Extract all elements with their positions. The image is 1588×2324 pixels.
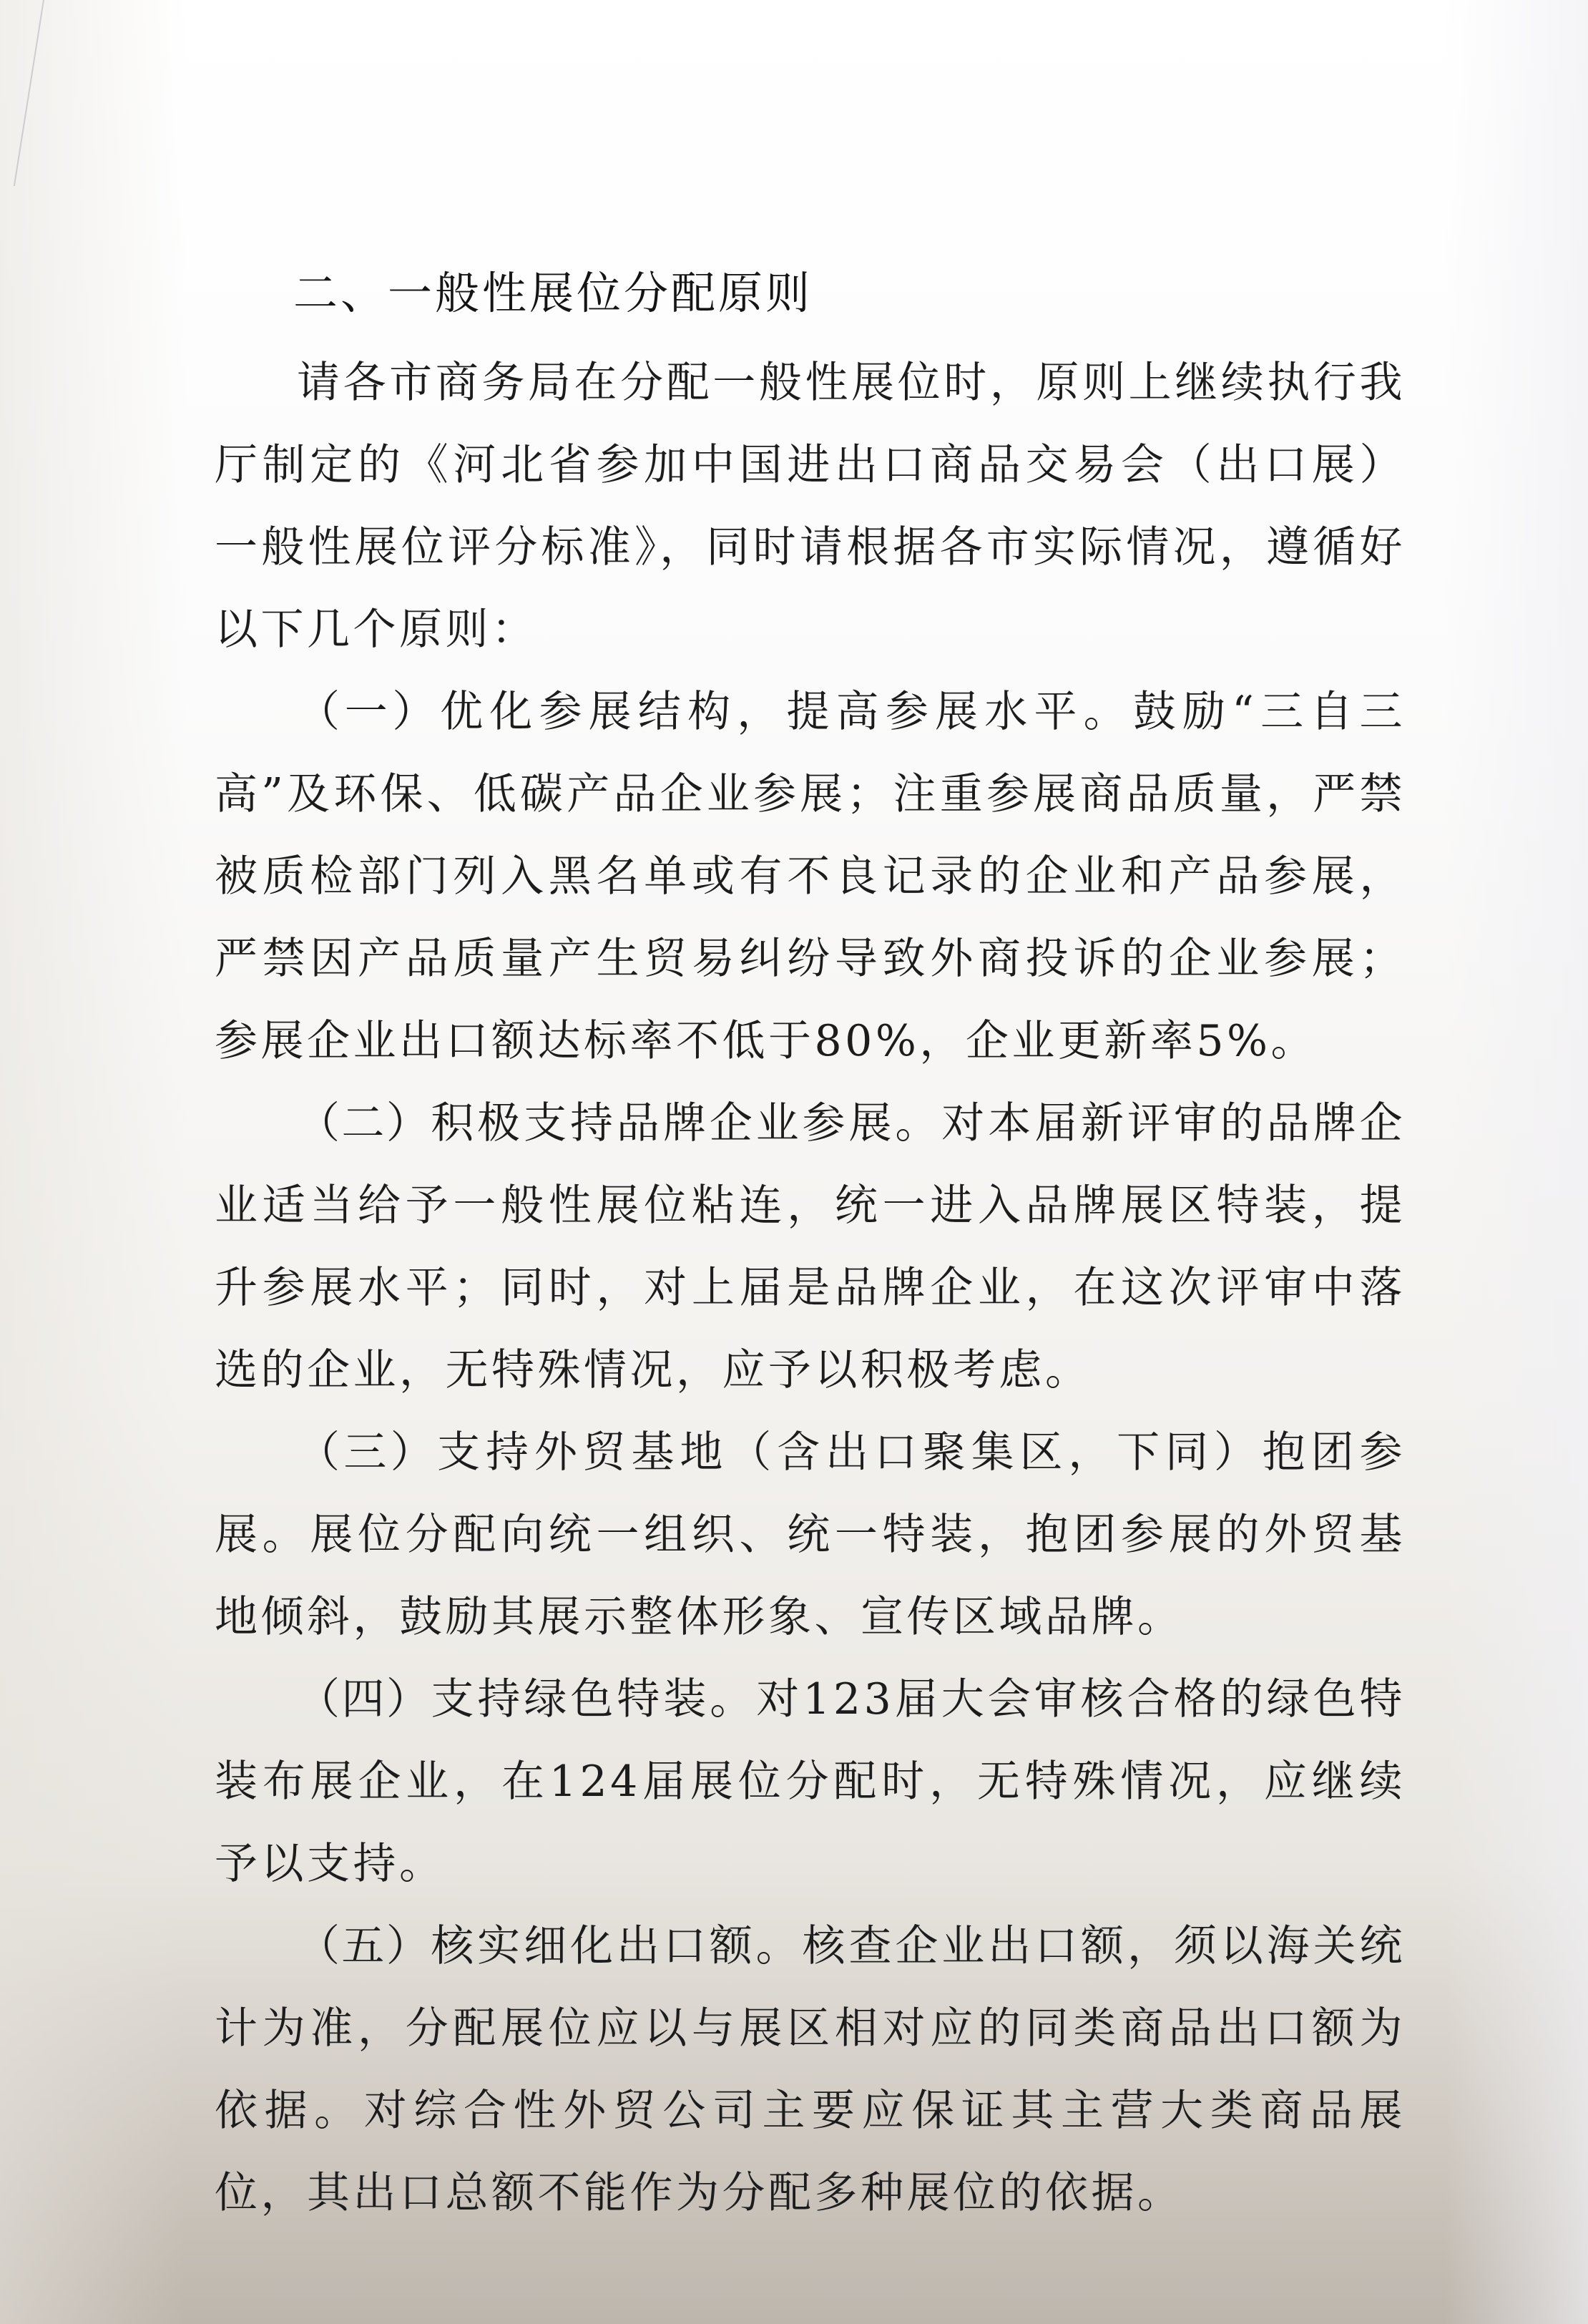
paper-shadow-left — [0, 0, 186, 2324]
item-label: （四） — [297, 1674, 431, 1724]
document-body: 二、一般性展位分配原则 请各市商务局在分配一般性展位时，原则上继续执行我厅制定的… — [215, 258, 1406, 2235]
principle-item-2: （二）积极支持品牌企业参展。对本届新评审的品牌企业适当给予一般性展位粘连，统一进… — [215, 1083, 1406, 1412]
principle-item-3: （三）支持外贸基地（含出口聚集区，下同）抱团参展。展位分配向统一组织、统一特装，… — [215, 1412, 1406, 1659]
item-label: （五） — [297, 1921, 431, 1971]
principle-item-4: （四）支持绿色特装。对123届大会审核合格的绿色特装布展企业，在124届展位分配… — [215, 1659, 1406, 1905]
intro-paragraph: 请各市商务局在分配一般性展位时，原则上继续执行我厅制定的《河北省参加中国进出口商… — [215, 342, 1406, 671]
paper-highlight-right — [1445, 0, 1588, 2324]
item-text: 优化参展结构，提高参展水平。鼓励“三自三高”及环保、低碳产品企业参展；注重参展商… — [215, 687, 1406, 1066]
section-heading: 二、一般性展位分配原则 — [215, 258, 1406, 329]
item-label: （三） — [297, 1427, 437, 1478]
principle-item-5: （五）核实细化出口额。核查企业出口额，须以海关统计为准，分配展位应以与展区相对应… — [215, 1905, 1406, 2235]
item-label: （二） — [297, 1098, 431, 1148]
page-edge-line — [0, 0, 44, 186]
principle-item-1: （一）优化参展结构，提高参展水平。鼓励“三自三高”及环保、低碳产品企业参展；注重… — [215, 671, 1406, 1083]
item-label: （一） — [297, 687, 440, 737]
